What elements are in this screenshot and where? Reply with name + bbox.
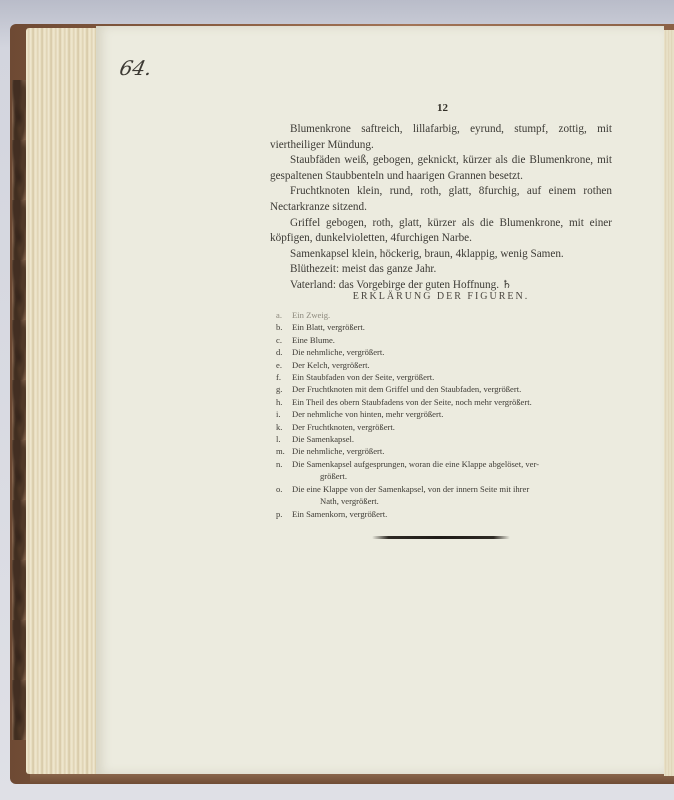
list-item: p.Ein Samenkorn, vergrößert. [276, 508, 606, 520]
stacked-page-edges [26, 28, 98, 774]
list-item: h.Ein Theil des obern Staubfadens von de… [276, 396, 606, 408]
list-item: d.Die nehmliche, vergrößert. [276, 346, 606, 358]
list-item: c.Eine Blume. [276, 334, 606, 346]
section-title: ERKLÄRUNG DER FIGUREN. [270, 291, 612, 302]
list-item: m.Die nehmliche, vergrößert. [276, 445, 606, 457]
list-item-continuation: größert. [276, 470, 606, 482]
paragraph-samenkapsel: Samenkapsel klein, höckerig, braun, 4kla… [270, 247, 612, 263]
list-item: f.Ein Staubfaden von der Seite, vergröße… [276, 371, 606, 383]
page-number: 12 [437, 102, 448, 114]
list-item: o.Die eine Klappe von der Samenkapsel, v… [276, 483, 606, 495]
figure-list: a.Ein Zweig. b.Ein Blatt, vergrößert. c.… [276, 309, 606, 520]
list-item: i.Der nehmliche von hinten, mehr vergröß… [276, 408, 606, 420]
list-item: g.Der Fruchtknoten mit dem Griffel und d… [276, 383, 606, 395]
paragraph-staubfaeden: Staubfäden weiß, gebogen, geknickt, kürz… [270, 153, 612, 184]
list-item: n.Die Samenkapsel aufgesprungen, woran d… [276, 458, 606, 470]
list-item: k.Der Fruchtknoten, vergrößert. [276, 421, 606, 433]
handwritten-folio-number: 64. [117, 56, 154, 80]
description-text: Blumenkrone saftreich, lillafarbig, eyru… [270, 122, 612, 294]
paragraph-blumenkrone: Blumenkrone saftreich, lillafarbig, eyru… [270, 122, 612, 153]
paragraph-griffel: Griffel gebogen, roth, glatt, kürzer als… [270, 216, 612, 247]
paragraph-fruchtknoten: Fruchtknoten klein, rund, roth, glatt, 8… [270, 184, 612, 215]
list-item: e.Der Kelch, vergrößert. [276, 359, 606, 371]
list-item-continuation: Nath, vergrößert. [276, 495, 606, 507]
list-item: l.Die Samenkapsel. [276, 433, 606, 445]
list-item: a.Ein Zweig. [276, 309, 606, 321]
list-item: b.Ein Blatt, vergrößert. [276, 321, 606, 333]
decorative-rule [372, 536, 510, 539]
paragraph-bluethezeit: Blüthezeit: meist das ganze Jahr. [270, 262, 612, 278]
right-page-edges [664, 30, 674, 776]
